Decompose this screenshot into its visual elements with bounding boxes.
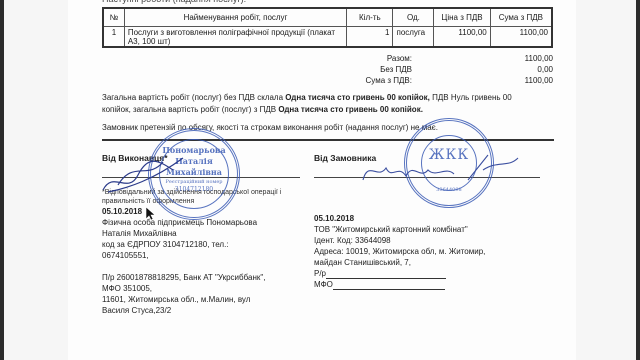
customer-signature <box>358 150 528 190</box>
col-qty: Кіл-ть <box>347 8 393 27</box>
col-sum: Сума з ПДВ <box>490 8 552 27</box>
cut-off-heading: Наступні роботи (надання послуг): <box>102 0 246 4</box>
executor-signature <box>98 150 188 200</box>
executor-line: МФО 351005, <box>102 283 312 294</box>
cell-sum: 1100,00 <box>490 27 552 48</box>
cell-number: 1 <box>103 27 124 48</box>
customer-date: 05.10.2018 <box>314 213 534 224</box>
total-row: Разом: 1100,00 <box>288 53 553 64</box>
table-row: 1 Послуги з виготовлення поліграфічної п… <box>103 27 552 48</box>
executor-line: Наталія Михайлівна <box>102 228 312 239</box>
mouse-cursor <box>146 207 156 221</box>
total-value: 1100,00 <box>412 53 553 64</box>
executor-line: 0674105551, <box>102 250 312 261</box>
cell-name: Послуги з виготовлення поліграфічної про… <box>124 27 346 48</box>
cell-qty: 1 <box>347 27 393 48</box>
sum-with-vat-value: 1100,00 <box>412 75 553 86</box>
customer-line: Адреса: 10019, Житомирска обл, м. Житоми… <box>314 246 534 257</box>
document-viewer[interactable]: Наступні роботи (надання послуг): № Найм… <box>4 0 636 360</box>
table-header-row: № Найменування робіт, послуг Кіл-ть Од. … <box>103 8 552 27</box>
cell-unit: послуга <box>393 27 434 48</box>
customer-line: ТОВ "Житомирський картонний комбінат" <box>314 224 534 235</box>
customer-account-line: Р/р <box>314 268 534 279</box>
executor-line: Василя Стуса,23/2 <box>102 305 312 316</box>
vat-free-row: Без ПДВ 0,00 <box>288 64 553 75</box>
cell-price: 1100,00 <box>434 27 490 48</box>
executor-line: код за ЄДРПОУ 3104712180, тел.: <box>102 239 312 250</box>
customer-line: майдан Станишівський, 7, <box>314 257 534 268</box>
no-claims-statement: Замовник претензій по обсягу, якості та … <box>102 123 438 132</box>
col-price: Ціна з ПДВ <box>434 8 490 27</box>
total-label: Разом: <box>288 53 412 64</box>
summary-amount-words-1: Одна тисяча сто гривень 00 копійок, <box>285 93 430 102</box>
rp-label: Р/р <box>314 269 326 278</box>
executor-details: Фізична особа підприємець Пономарьова На… <box>102 217 312 316</box>
summary-text-1: Загальна вартість робіт (послуг) без ПДВ… <box>102 93 285 102</box>
summary-paragraph: Загальна вартість робіт (послуг) без ПДВ… <box>102 92 542 116</box>
executor-line: Фізична особа підприємець Пономарьова <box>102 217 312 228</box>
totals-block: Разом: 1100,00 Без ПДВ 0,00 Сума з ПДВ: … <box>288 53 553 86</box>
document-page: Наступні роботи (надання послуг): № Найм… <box>68 0 576 360</box>
services-table: № Найменування робіт, послуг Кіл-ть Од. … <box>102 7 553 48</box>
executor-line: 11601, Житомирська обл., м.Малин, вул <box>102 294 312 305</box>
summary-amount-words-2: Одна тисяча сто гривень 00 копійок. <box>278 105 423 114</box>
col-name: Найменування робіт, послуг <box>124 8 346 27</box>
sum-with-vat-label: Сума з ПДВ: <box>288 75 412 86</box>
col-unit: Од. <box>393 8 434 27</box>
sum-with-vat-row: Сума з ПДВ: 1100,00 <box>288 75 553 86</box>
vat-free-label: Без ПДВ <box>288 64 412 75</box>
executor-line: П/р 26001878818295, Банк АТ "Укрсиббанк"… <box>102 272 312 283</box>
col-number: № <box>103 8 124 27</box>
mfo-label: МФО <box>314 280 333 289</box>
vat-free-value: 0,00 <box>412 64 553 75</box>
customer-mfo-line: МФО <box>314 279 534 290</box>
customer-line: Ідент. Код: 33644098 <box>314 235 534 246</box>
